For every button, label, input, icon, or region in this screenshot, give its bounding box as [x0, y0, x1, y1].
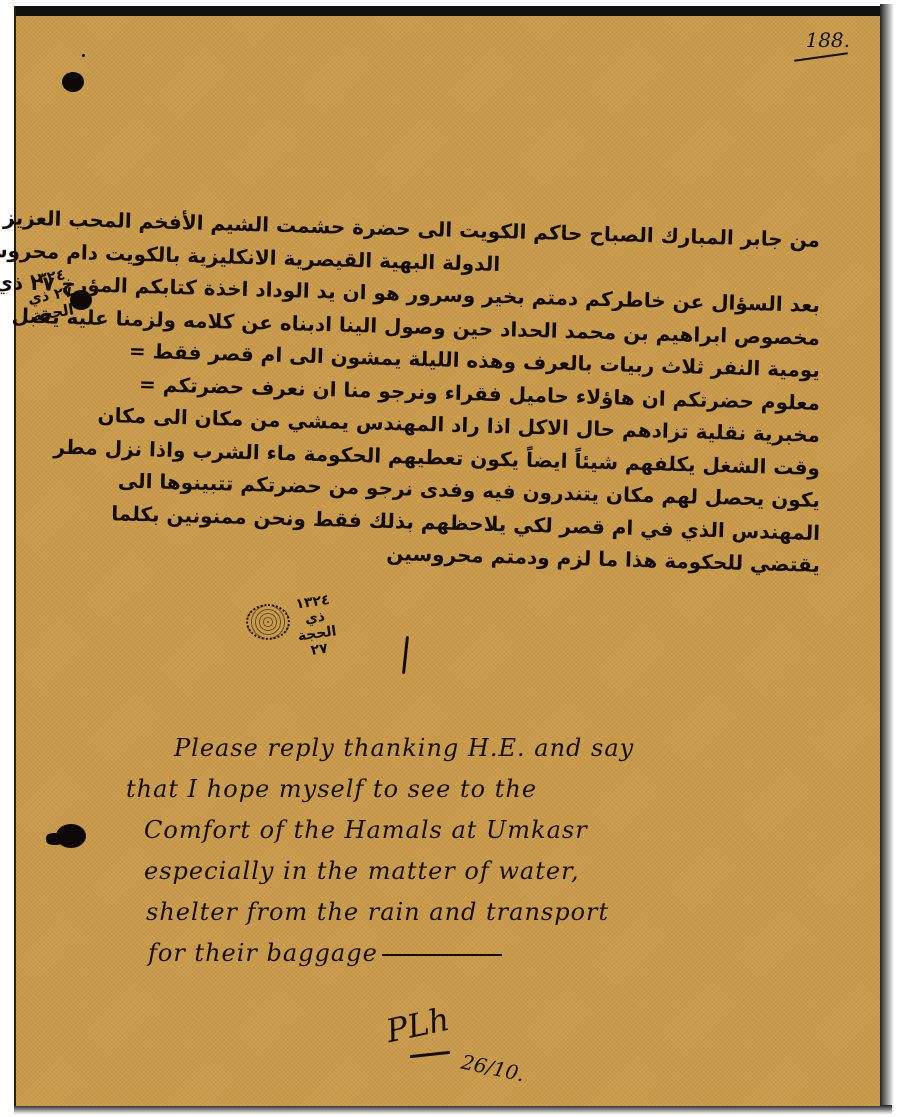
page-shadow-bottom [14, 1105, 892, 1115]
signature-dash [410, 1051, 450, 1058]
marginal-hijri-date: ١٣٢٤ ٢٧ ذي الحجة [16, 263, 84, 327]
page-top-edge [16, 6, 880, 16]
english-line: shelter from the rain and transport [126, 892, 826, 933]
trailing-dash-line [382, 954, 502, 956]
signature: PLh [383, 1000, 453, 1050]
ink-speck [82, 54, 85, 57]
page-number: 188. [805, 28, 850, 52]
punch-hole-top [62, 72, 84, 92]
page-shadow-right [880, 4, 894, 1112]
english-line: Comfort of the Hamals at Umkasr [126, 810, 826, 851]
arabic-letter-body: من جابر المبارك الصباح حاكم الكويت الى ح… [0, 224, 820, 582]
closing-pen-stroke [402, 636, 409, 674]
page-number-underline [794, 52, 848, 61]
english-line-last: for their baggage [126, 933, 826, 974]
english-line: that I hope myself to see to the [126, 769, 826, 810]
signature-date: 26/10. [459, 1050, 527, 1087]
english-line: especially in the matter of water, [126, 851, 826, 892]
document-page: 188. من جابر المبارك الصباح حاكم الكويت … [14, 6, 880, 1106]
english-line: Please reply thanking H.E. and say [126, 728, 826, 769]
closing-hijri-date: ١٣٢٤ ذي الحجة ٢٧ [282, 590, 350, 662]
ink-blot-tail [46, 833, 64, 845]
english-line-text: for their baggage [148, 939, 378, 967]
english-minute-note: Please reply thanking H.E. and say that … [126, 728, 826, 974]
